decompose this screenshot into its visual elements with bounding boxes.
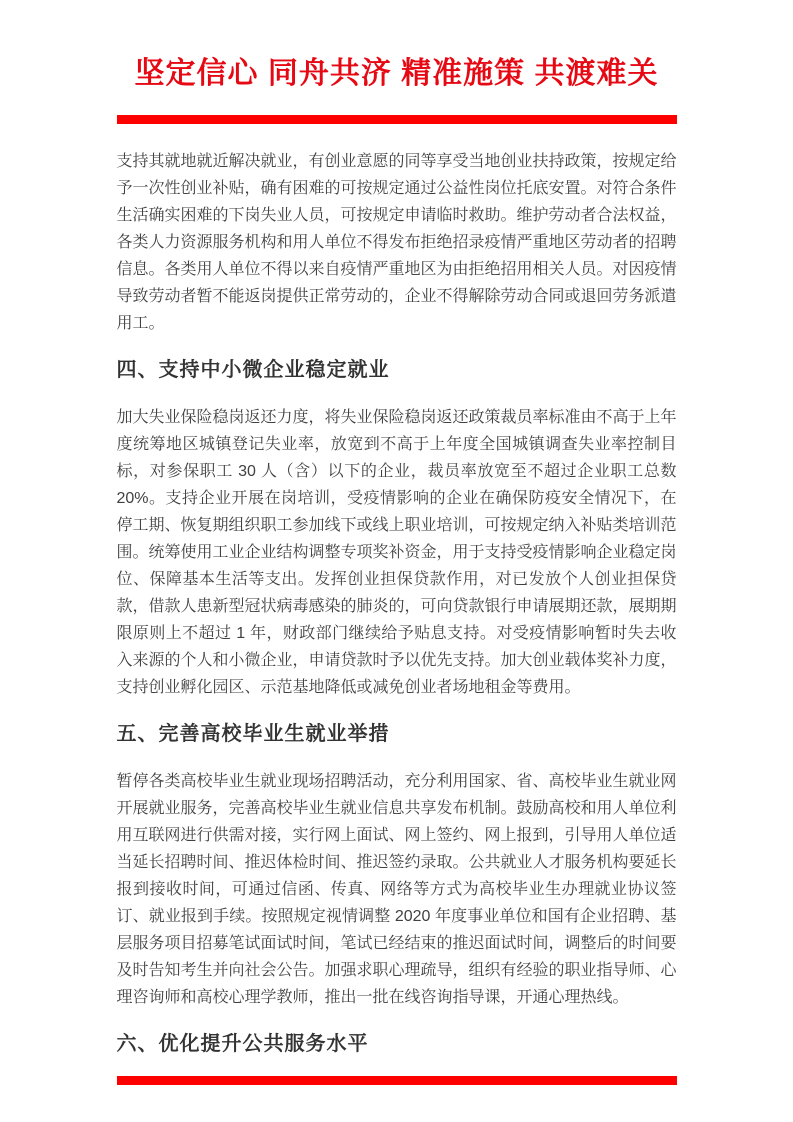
section-heading-5-graduate-employment: 五、完善高校毕业生就业举措 bbox=[117, 722, 677, 746]
paragraph-sme-stabilization-measures: 加大失业保险稳岗返还力度，将失业保险稳岗返还政策裁员率标准由不高于上年度统筹地区… bbox=[117, 404, 677, 701]
top-divider-bar bbox=[117, 115, 677, 124]
page-title: 坚定信心 同舟共济 精准施策 共渡难关 bbox=[117, 55, 677, 93]
paragraph-local-employment-support: 支持其就地就近解决就业，有创业意愿的同等享受当地创业扶持政策，按规定给予一次性创… bbox=[117, 148, 677, 337]
document-page: 坚定信心 同舟共济 精准施策 共渡难关 支持其就地就近解决就业，有创业意愿的同等… bbox=[117, 0, 677, 1085]
bottom-divider-bar bbox=[117, 1076, 677, 1085]
paragraph-graduate-employment-measures: 暂停各类高校毕业生就业现场招聘活动，充分利用国家、省、高校毕业生就业网开展就业服… bbox=[117, 768, 677, 1011]
section-heading-4-sme-employment: 四、支持中小微企业稳定就业 bbox=[117, 358, 677, 382]
section-heading-6-public-services: 六、优化提升公共服务水平 bbox=[117, 1032, 677, 1056]
